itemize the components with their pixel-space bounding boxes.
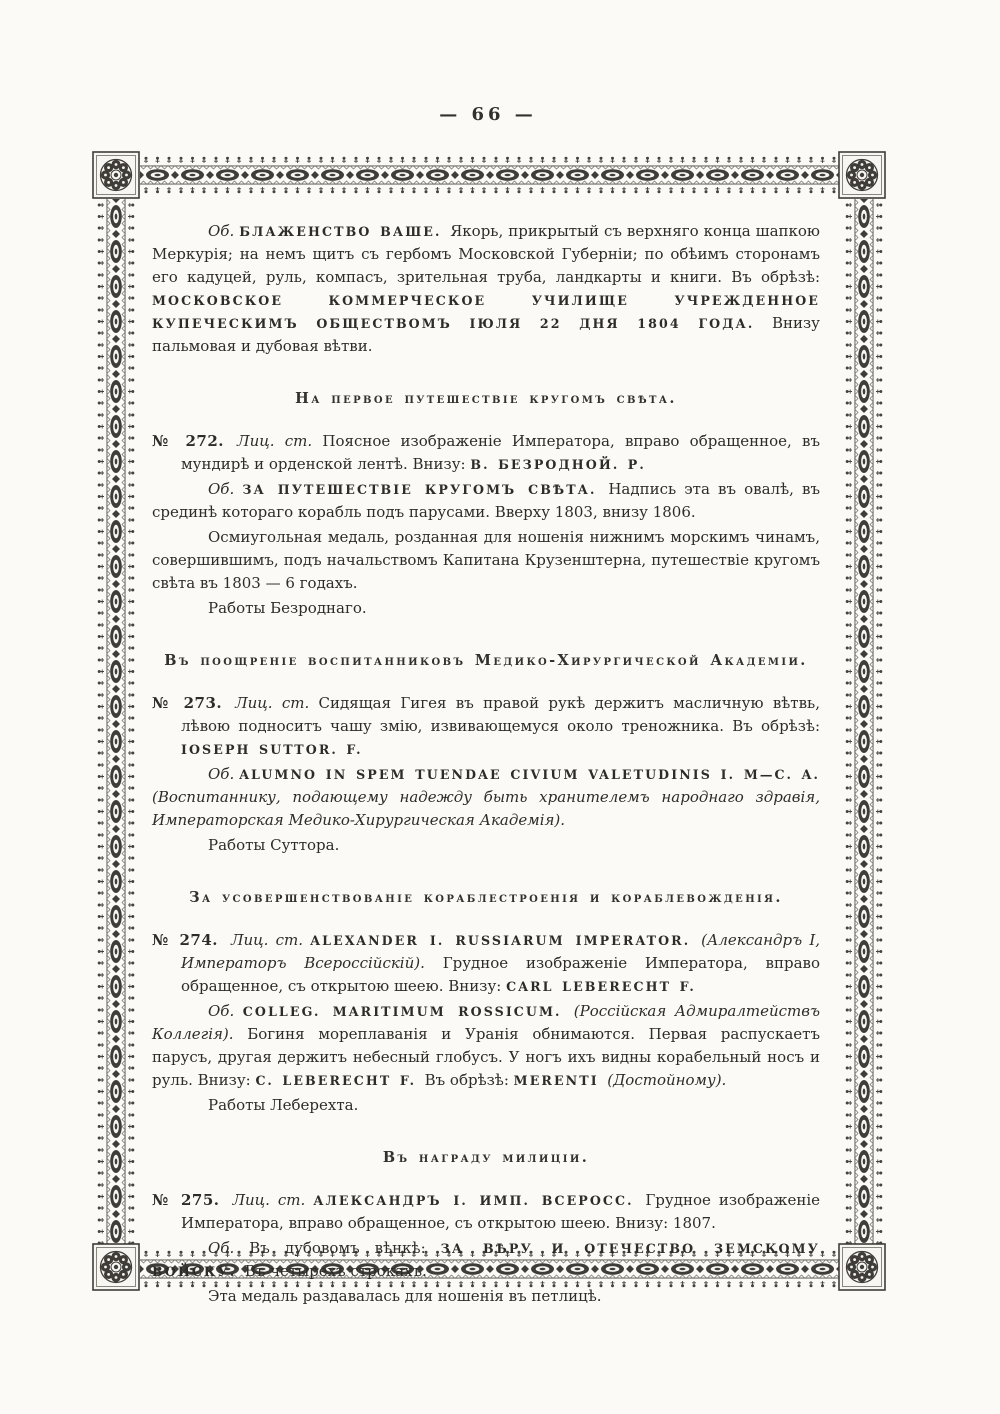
entry-paragraph: Осмиугольная медаль, розданная для ношен… (152, 526, 820, 595)
entry-number: № 272. (152, 432, 224, 450)
body-text: Въ четырехъ строкахъ. (245, 1262, 427, 1280)
entry-paragraph: Об. COLLEG. MARITIMUM ROSSICUM. (Россійс… (152, 1000, 820, 1092)
border-corner-rosette-top-left (92, 151, 140, 199)
section-heading: На первое путешествіе кругомъ свѣта. (152, 387, 820, 410)
entry-first-paragraph: № 272.Лиц. ст. Поясное изображеніе Импер… (152, 430, 820, 476)
body-text: Въ дубовомъ вѣнкѣ: (249, 1239, 440, 1257)
italic-text: Об. (208, 1002, 243, 1020)
italic-text: Об. (208, 765, 239, 783)
body-text: Осмиугольная медаль, розданная для ношен… (152, 528, 820, 592)
entry-first-paragraph: № 274.Лиц. ст. ALEXANDER I. RUSSIARUM IM… (152, 929, 820, 998)
entry-paragraph: Об. ALUMNO IN SPEM TUENDAE CIVIUM VALETU… (152, 763, 820, 832)
body-text: Эта медаль раздавалась для ношенія въ пе… (208, 1287, 602, 1305)
border-right-strip (844, 199, 884, 1249)
body-text: Работы Леберехта. (208, 1096, 358, 1114)
inscription-text: CARL LEBERECHT F. (506, 979, 696, 994)
inscription-text: MERENTI (514, 1073, 608, 1088)
section-heading: Въ награду милиціи. (152, 1146, 820, 1169)
italic-text: Об. (208, 1239, 249, 1257)
italic-text: Об. (208, 480, 242, 498)
border-top-strip (140, 155, 840, 195)
entry-paragraph: Работы Безроднаго. (152, 597, 820, 620)
inscription-text: ALUMNO IN SPEM TUENDAE CIVIUM VALETUDINI… (239, 767, 820, 782)
entry-paragraph: Об. Въ дубовомъ вѣнкѣ: ЗА ВѢРУ И ОТЕЧЕСТ… (152, 1237, 820, 1283)
border-corner-rosette-bottom-left (92, 1243, 140, 1291)
section-heading: Въ поощреніе воспитанниковъ Медико-Хирур… (152, 649, 820, 672)
inscription-text: COLLEG. MARITIMUM ROSSICUM. (243, 1004, 574, 1019)
entry-number: № 273. (152, 694, 222, 712)
inscription-text: МОСКОВСКОЕ КОММЕРЧЕСКОЕ УЧИЛИЩЕ УЧРЕЖДЕН… (152, 293, 820, 331)
border-corner-rosette-bottom-right (838, 1243, 886, 1291)
italic-text: Об. (208, 222, 239, 240)
italic-text: Лиц. ст. (233, 1191, 314, 1209)
italic-text: Лиц. ст. (231, 931, 310, 949)
entry-number: № 274. (152, 931, 218, 949)
inscription-text: ЗА ПУТЕШЕСТВІЕ КРУГОМЪ СВѢТА. (242, 482, 608, 497)
italic-text: (Воспитаннику, подающему надежду быть хр… (152, 788, 820, 829)
border-left-strip (96, 199, 136, 1249)
entry-paragraph: Эта медаль раздавалась для ношенія въ пе… (152, 1285, 820, 1308)
page-text: Об. БЛАЖЕНСТВО ВАШЕ. Якорь, прикрытый съ… (152, 220, 820, 1310)
italic-text: Лиц. ст. (237, 432, 322, 450)
inscription-text: IOSEPH SUTTOR. F. (181, 742, 363, 757)
body-text: Работы Безроднаго. (208, 599, 367, 617)
inscription-text: АЛЕКСАНДРЪ I. ИМП. ВСЕРОСС. (313, 1193, 645, 1208)
page-number: — 66 — (93, 104, 883, 125)
entry-first-paragraph: № 275.Лиц. ст. АЛЕКСАНДРЪ I. ИМП. ВСЕРОС… (152, 1189, 820, 1235)
italic-text: Лиц. ст. (235, 694, 318, 712)
inscription-text: ALEXANDER I. RUSSIARUM IMPERATOR. (310, 933, 701, 948)
entry-number: № 275. (152, 1191, 220, 1209)
inscription-text: БЛАЖЕНСТВО ВАШЕ. (239, 224, 450, 239)
entry-first-paragraph: № 273.Лиц. ст. Сидящая Гигея въ правой р… (152, 692, 820, 761)
entry-paragraph: Об. ЗА ПУТЕШЕСТВІЕ КРУГОМЪ СВѢТА. Надпис… (152, 478, 820, 524)
border-corner-rosette-top-right (838, 151, 886, 199)
italic-text: (Достойному). (607, 1071, 726, 1089)
entry-paragraph: Работы Леберехта. (152, 1094, 820, 1117)
intro-paragraph: Об. БЛАЖЕНСТВО ВАШЕ. Якорь, прикрытый съ… (152, 220, 820, 358)
entry-paragraph: Работы Суттора. (152, 834, 820, 857)
body-text: Работы Суттора. (208, 836, 339, 854)
body-text: Въ обрѣзѣ: (425, 1071, 514, 1089)
section-heading: За усовершенствованіе кораблестроенія и … (152, 886, 820, 909)
inscription-text: C. LEBERECHT F. (256, 1073, 425, 1088)
inscription-text: В. БЕЗРОДНОЙ. Р. (470, 457, 646, 472)
